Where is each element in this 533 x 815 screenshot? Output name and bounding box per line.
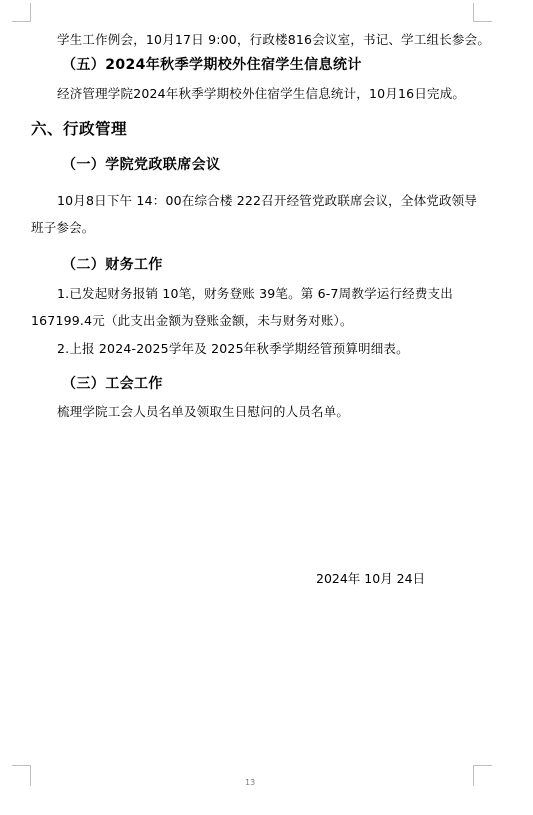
sub-2-item1-line1: 1.已发起财务报销 10笔，财务登账 39笔。第 6-7周教学运行经费支出	[57, 286, 453, 302]
sub-1-body-line2: 班子参会。	[31, 220, 95, 236]
top-right-margin-mark	[473, 3, 492, 22]
top-left-margin-mark	[12, 3, 31, 22]
continued-paragraph: 学生工作例会，10月17日 9:00，行政楼816会议室，书记、学工组长参会。	[57, 32, 490, 48]
sub-1-body-line1: 10月8日下午 14：00在综合楼 222召开经管党政联席会议，全体党政领导	[57, 193, 477, 209]
section-5-body: 经济管理学院2024年秋季学期校外住宿学生信息统计，10月16日完成。	[57, 86, 465, 102]
bottom-right-margin-mark	[473, 765, 492, 786]
sub-3-heading: （三）工会工作	[62, 375, 163, 393]
bottom-left-margin-mark	[12, 765, 31, 786]
page-number: 13	[245, 778, 255, 788]
sub-2-item2: 2.上报 2024-2025学年及 2025年秋季学期经管预算明细表。	[57, 341, 409, 357]
sub-3-body: 梳理学院工会人员名单及领取生日慰问的人员名单。	[57, 404, 349, 420]
chapter-6-heading: 六、行政管理	[31, 119, 127, 139]
section-5-heading: （五）2024年秋季学期校外住宿学生信息统计	[62, 56, 362, 74]
sub-2-item1-line2: 167199.4元（此支出金额为登账金额，未与财务对账）。	[31, 313, 353, 329]
date-signature: 2024年 10月 24日	[316, 571, 425, 587]
sub-2-heading: （二）财务工作	[62, 256, 163, 274]
sub-1-heading: （一）学院党政联席会议	[62, 156, 220, 174]
